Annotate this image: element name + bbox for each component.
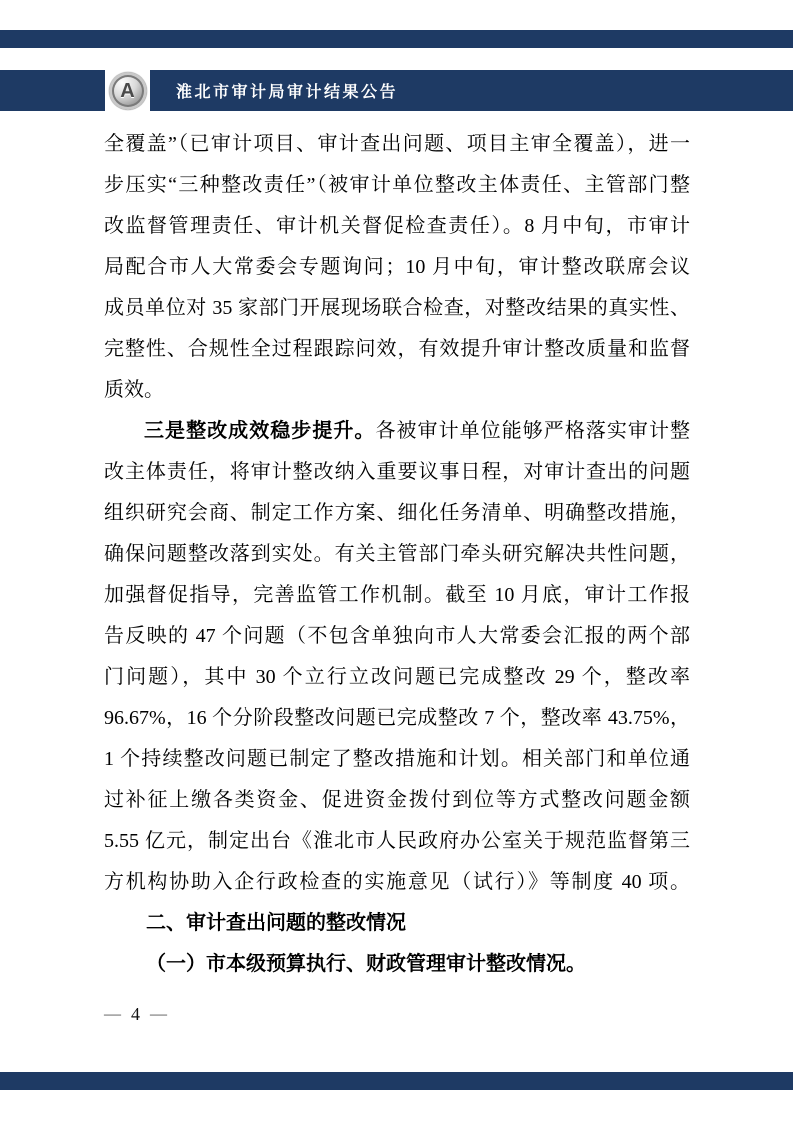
audit-logo: A: [105, 66, 150, 115]
bottom-border-bar: [0, 1072, 793, 1090]
body-line: 1 个持续整改问题已制定了整改措施和计划。相关部门和单位通: [104, 739, 690, 780]
page-footer: — 4 —: [104, 1000, 167, 1028]
body-line: 步压实“三种整改责任”（被审计单位整改主体责任、主管部门整: [104, 165, 690, 206]
body-line: 改主体责任，将审计整改纳入重要议事日程，对审计查出的问题: [104, 452, 690, 493]
body-line: 改监督管理责任、审计机关督促检查责任）。8 月中旬，市审计: [104, 206, 690, 247]
page-number-right-dash: —: [150, 1004, 167, 1024]
body-line: 局配合市人大常委会专题询问；10 月中旬，审计整改联席会议: [104, 247, 690, 288]
body-line: 完整性、合规性全过程跟踪问效，有效提升审计整改质量和监督: [104, 329, 690, 370]
body-line: 5.55 亿元，制定出台《淮北市人民政府办公室关于规范监督第三: [104, 821, 690, 862]
subsection-heading: （一）市本级预算执行、财政管理审计整改情况。: [104, 944, 690, 985]
audit-emblem-letter: A: [120, 81, 134, 101]
section-heading: 二、审计查出问题的整改情况: [104, 903, 690, 944]
page-number: 4: [131, 1004, 140, 1025]
body-line: 质效。: [104, 370, 690, 411]
body-line: 成员单位对 35 家部门开展现场联合检查，对整改结果的真实性、: [104, 288, 690, 329]
body-line: 确保问题整改落到实处。有关主管部门牵头研究解决共性问题，: [104, 534, 690, 575]
paragraph-lead-bold: 三是整改成效稳步提升。: [144, 420, 375, 442]
body-line: 告反映的 47 个问题（不包含单独向市人大常委会汇报的两个部: [104, 616, 690, 657]
body-line: 过补征上缴各类资金、促进资金拨付到位等方式整改问题金额: [104, 780, 690, 821]
page-number-left-dash: —: [104, 1004, 121, 1024]
document-body: 全覆盖”（已审计项目、审计查出问题、项目主审全覆盖），进一 步压实“三种整改责任…: [104, 124, 690, 985]
body-line: 组织研究会商、制定工作方案、细化任务清单、明确整改措施，: [104, 493, 690, 534]
header-title: 淮北市审计局审计结果公告: [176, 70, 398, 111]
audit-emblem-icon: A: [109, 72, 147, 110]
body-line-lead: 三是整改成效稳步提升。各被审计单位能够严格落实审计整: [104, 411, 690, 452]
paragraph-lead-rest: 各被审计单位能够严格落实审计整: [375, 420, 690, 442]
top-border-bar: [0, 30, 793, 48]
body-line: 全覆盖”（已审计项目、审计查出问题、项目主审全覆盖），进一: [104, 124, 690, 165]
body-line: 方机构协助入企行政检查的实施意见（试行）》等制度 40 项。: [104, 862, 690, 903]
body-line: 门问题），其中 30 个立行立改问题已完成整改 29 个，整改率: [104, 657, 690, 698]
document-page: A 淮北市审计局审计结果公告 全覆盖”（已审计项目、审计查出问题、项目主审全覆盖…: [0, 0, 793, 1122]
body-line: 96.67%，16 个分阶段整改问题已完成整改 7 个，整改率 43.75%，: [104, 698, 690, 739]
header-band: A 淮北市审计局审计结果公告: [0, 70, 793, 111]
body-line: 加强督促指导，完善监管工作机制。截至 10 月底，审计工作报: [104, 575, 690, 616]
